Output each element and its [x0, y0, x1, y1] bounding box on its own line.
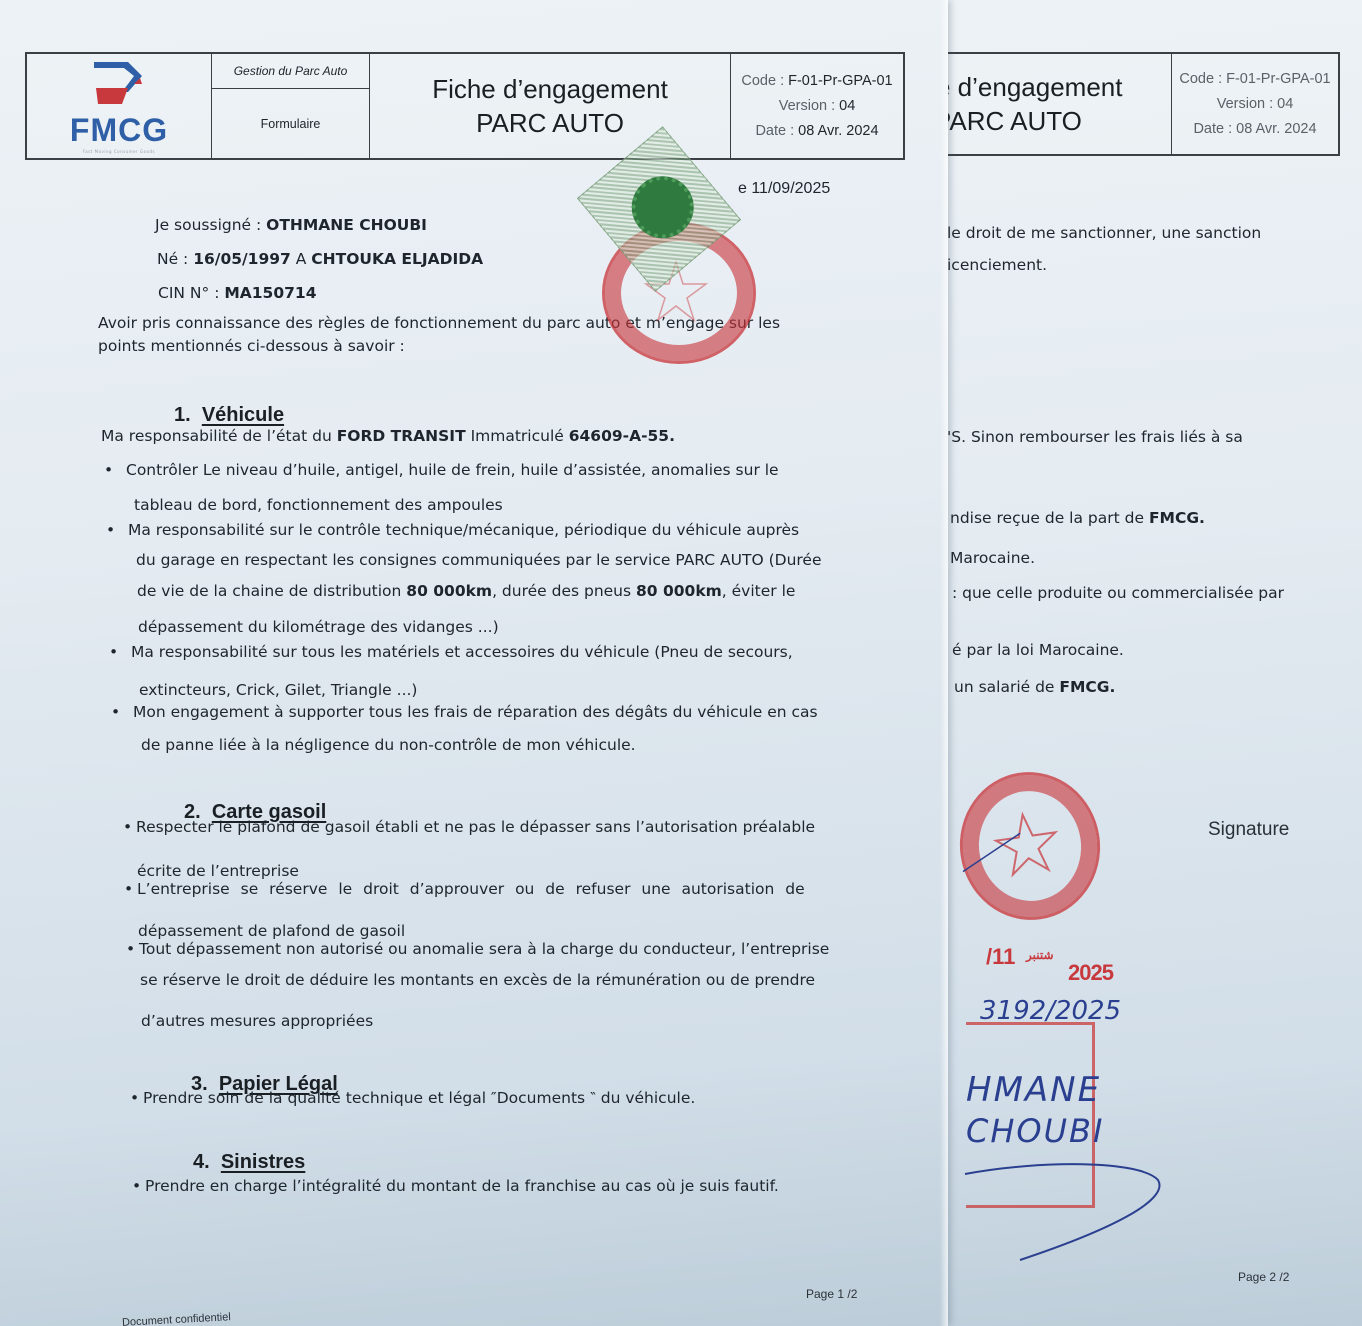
- section-vehicule-heading: 1. Véhicule: [174, 404, 284, 427]
- list-item: Respecter le plafond de gasoil établi et…: [136, 818, 815, 836]
- page-2-code: Code : F-01-Pr-GPA-01: [1179, 67, 1330, 92]
- code-label: Code :: [741, 73, 788, 89]
- item-text: de vie de la chaine de distribution: [137, 582, 406, 600]
- page-2-line: : que celle produite ou commercialisée p…: [952, 584, 1284, 602]
- birth-line: Né : 16/05/1997 A CHTOUKA ELJADIDA: [157, 250, 483, 268]
- chain-km: 80 000km: [406, 582, 492, 600]
- official-stamp-icon: [950, 763, 1109, 929]
- signature-stroke-icon: [960, 1150, 1170, 1270]
- page-2-line: le droit de me sanctionner, une sanction: [947, 224, 1261, 242]
- vehicle-plate: 64609-A-55.: [569, 427, 675, 445]
- date-value: 08 Avr. 2024: [798, 123, 878, 139]
- page-2-title-line1: e d’engagement: [936, 70, 1122, 104]
- page-2-sheet: e d’engagement PARC AUTO Code : F-01-Pr-…: [930, 0, 1362, 1326]
- fmcg-logo-icon: [84, 58, 154, 110]
- version-label: Version :: [779, 98, 839, 114]
- document-date: Date : 08 Avr. 2024: [755, 119, 878, 144]
- logo-wordmark: FMCG: [70, 112, 168, 149]
- undersigned-label: Je soussigné :: [155, 216, 266, 234]
- document-version: Version : 04: [779, 94, 856, 119]
- intro-line: points mentionnés ci-dessous à savoir :: [98, 337, 405, 355]
- tyre-km: 80 000km: [636, 582, 722, 600]
- list-item-continued: de vie de la chaine de distribution 80 0…: [137, 582, 795, 600]
- handwritten-reference: 3192/2025: [980, 996, 1121, 1026]
- section-title: Sinistres: [221, 1151, 305, 1173]
- vehicle-responsibility-line: Ma responsabilité de l’état du FORD TRAN…: [101, 427, 675, 445]
- undersigned-line: Je soussigné : OTHMANE CHOUBI: [155, 216, 427, 234]
- code-value: F-01-Pr-GPA-01: [788, 73, 892, 89]
- form-meta: Gestion du Parc Auto Formulaire: [212, 54, 370, 158]
- handwritten-name-last: CHOUBI: [966, 1112, 1104, 1150]
- section-number: 1.: [174, 404, 191, 426]
- date-label: Date :: [755, 123, 798, 139]
- born-at: A: [291, 250, 311, 268]
- page-2-line: ndise reçue de la part de FMCG.: [950, 509, 1205, 527]
- born-label: Né :: [157, 250, 193, 268]
- list-item-continued: de panne liée à la négligence du non-con…: [141, 736, 636, 754]
- page-2-line: 'S. Sinon rembourser les frais liés à sa: [947, 428, 1243, 446]
- page-2-title-line2: PARC AUTO: [934, 104, 1082, 138]
- list-item-continued: se réserve le droit de déduire les monta…: [140, 971, 815, 989]
- list-item: Tout dépassement non autorisé ou anomali…: [139, 940, 829, 958]
- cin-label: CIN N° :: [158, 284, 224, 302]
- document-code-block: Code : F-01-Pr-GPA-01 Version : 04 Date …: [731, 54, 903, 158]
- section-number: 4.: [193, 1151, 210, 1173]
- page-1-number: Page 1 /2: [806, 1287, 857, 1301]
- fiscal-seal-icon: [619, 164, 706, 251]
- list-item: Prendre soin de la qualité technique et …: [143, 1089, 695, 1107]
- version-value: 04: [839, 98, 855, 114]
- page-2-line-text: un salarié de: [954, 678, 1059, 696]
- vehicle-model: FORD TRANSIT: [337, 427, 466, 445]
- page-2-header: e d’engagement PARC AUTO Code : F-01-Pr-…: [930, 52, 1340, 156]
- company-logo: FMCG Fast Moving Consumer Goods: [27, 54, 212, 158]
- doc-type-label: Formulaire: [212, 89, 369, 158]
- undersigned-name: OTHMANE CHOUBI: [266, 216, 427, 234]
- cin-line: CIN N° : MA150714: [158, 284, 316, 302]
- list-item: Mon engagement à supporter tous les frai…: [133, 703, 818, 721]
- stamp-date-day: /11: [986, 944, 1015, 970]
- stamp-date-month: شتنبر: [1026, 948, 1054, 962]
- born-place: CHTOUKA ELJADIDA: [311, 250, 483, 268]
- page-2-code-block: Code : F-01-Pr-GPA-01 Version : 04 Date …: [1172, 54, 1338, 154]
- page-1-sheet: FMCG Fast Moving Consumer Goods Gestion …: [0, 0, 948, 1326]
- cin-value: MA150714: [224, 284, 316, 302]
- section-title: Véhicule: [202, 404, 284, 426]
- title-line2: PARC AUTO: [476, 106, 624, 140]
- title-line1: Fiche d’engagement: [432, 72, 668, 106]
- list-item: Prendre en charge l’intégralité du monta…: [145, 1177, 779, 1195]
- page-2-line: Marocaine.: [950, 549, 1035, 567]
- lead-text: Ma responsabilité de l’état du: [101, 427, 337, 445]
- department-label: Gestion du Parc Auto: [212, 54, 369, 89]
- list-item-continued: d’autres mesures appropriées: [141, 1012, 373, 1030]
- page-2-line: icenciement.: [947, 256, 1047, 274]
- handwritten-name-first: HMANE: [966, 1070, 1101, 1110]
- list-item-continued: extincteurs, Crick, Gilet, Triangle ...): [139, 681, 417, 699]
- list-item-continued: dépassement de plafond de gasoil: [138, 922, 405, 940]
- page-2-number: Page 2 /2: [1238, 1270, 1289, 1284]
- page-2-version: Version : 04: [1217, 92, 1294, 117]
- logo-tagline: Fast Moving Consumer Goods: [83, 149, 155, 154]
- company-name: FMCG.: [1149, 509, 1205, 527]
- lead-text: Immatriculé: [466, 427, 569, 445]
- company-name: FMCG.: [1059, 678, 1115, 696]
- page-2-title: e d’engagement PARC AUTO: [930, 54, 1172, 154]
- place-date: e 11/09/2025: [738, 180, 830, 198]
- list-item: L’entreprise se réserve le droit d’appro…: [137, 880, 805, 898]
- born-date: 16/05/1997: [193, 250, 291, 268]
- list-item-continued: écrite de l’entreprise: [137, 862, 299, 880]
- item-text: , durée des pneus: [492, 582, 636, 600]
- section-sinistres-heading: 4. Sinistres: [193, 1151, 305, 1174]
- page-2-date: Date : 08 Avr. 2024: [1193, 117, 1316, 142]
- page-2-line: é par la loi Marocaine.: [952, 641, 1124, 659]
- signature-label: Signature: [1208, 819, 1289, 841]
- list-item-continued: tableau de bord, fonctionnement des ampo…: [134, 496, 503, 514]
- item-text: , éviter le: [722, 582, 796, 600]
- list-item: Contrôler Le niveau d’huile, antigel, hu…: [126, 461, 779, 479]
- list-item-continued: du garage en respectant les consignes co…: [136, 551, 822, 569]
- list-item-continued: dépassement du kilométrage des vidanges …: [138, 618, 499, 636]
- page-1-header: FMCG Fast Moving Consumer Goods Gestion …: [25, 52, 905, 160]
- list-item: Ma responsabilité sur le contrôle techni…: [128, 521, 799, 539]
- list-item: Ma responsabilité sur tous les matériels…: [131, 643, 793, 661]
- stamp-date-year: 2025: [1068, 960, 1113, 986]
- footer-note: Document confidentiel: [122, 1311, 231, 1326]
- page-2-line: un salarié de FMCG.: [954, 678, 1115, 696]
- page-2-line-text: ndise reçue de la part de: [950, 509, 1149, 527]
- document-code: Code : F-01-Pr-GPA-01: [741, 69, 892, 94]
